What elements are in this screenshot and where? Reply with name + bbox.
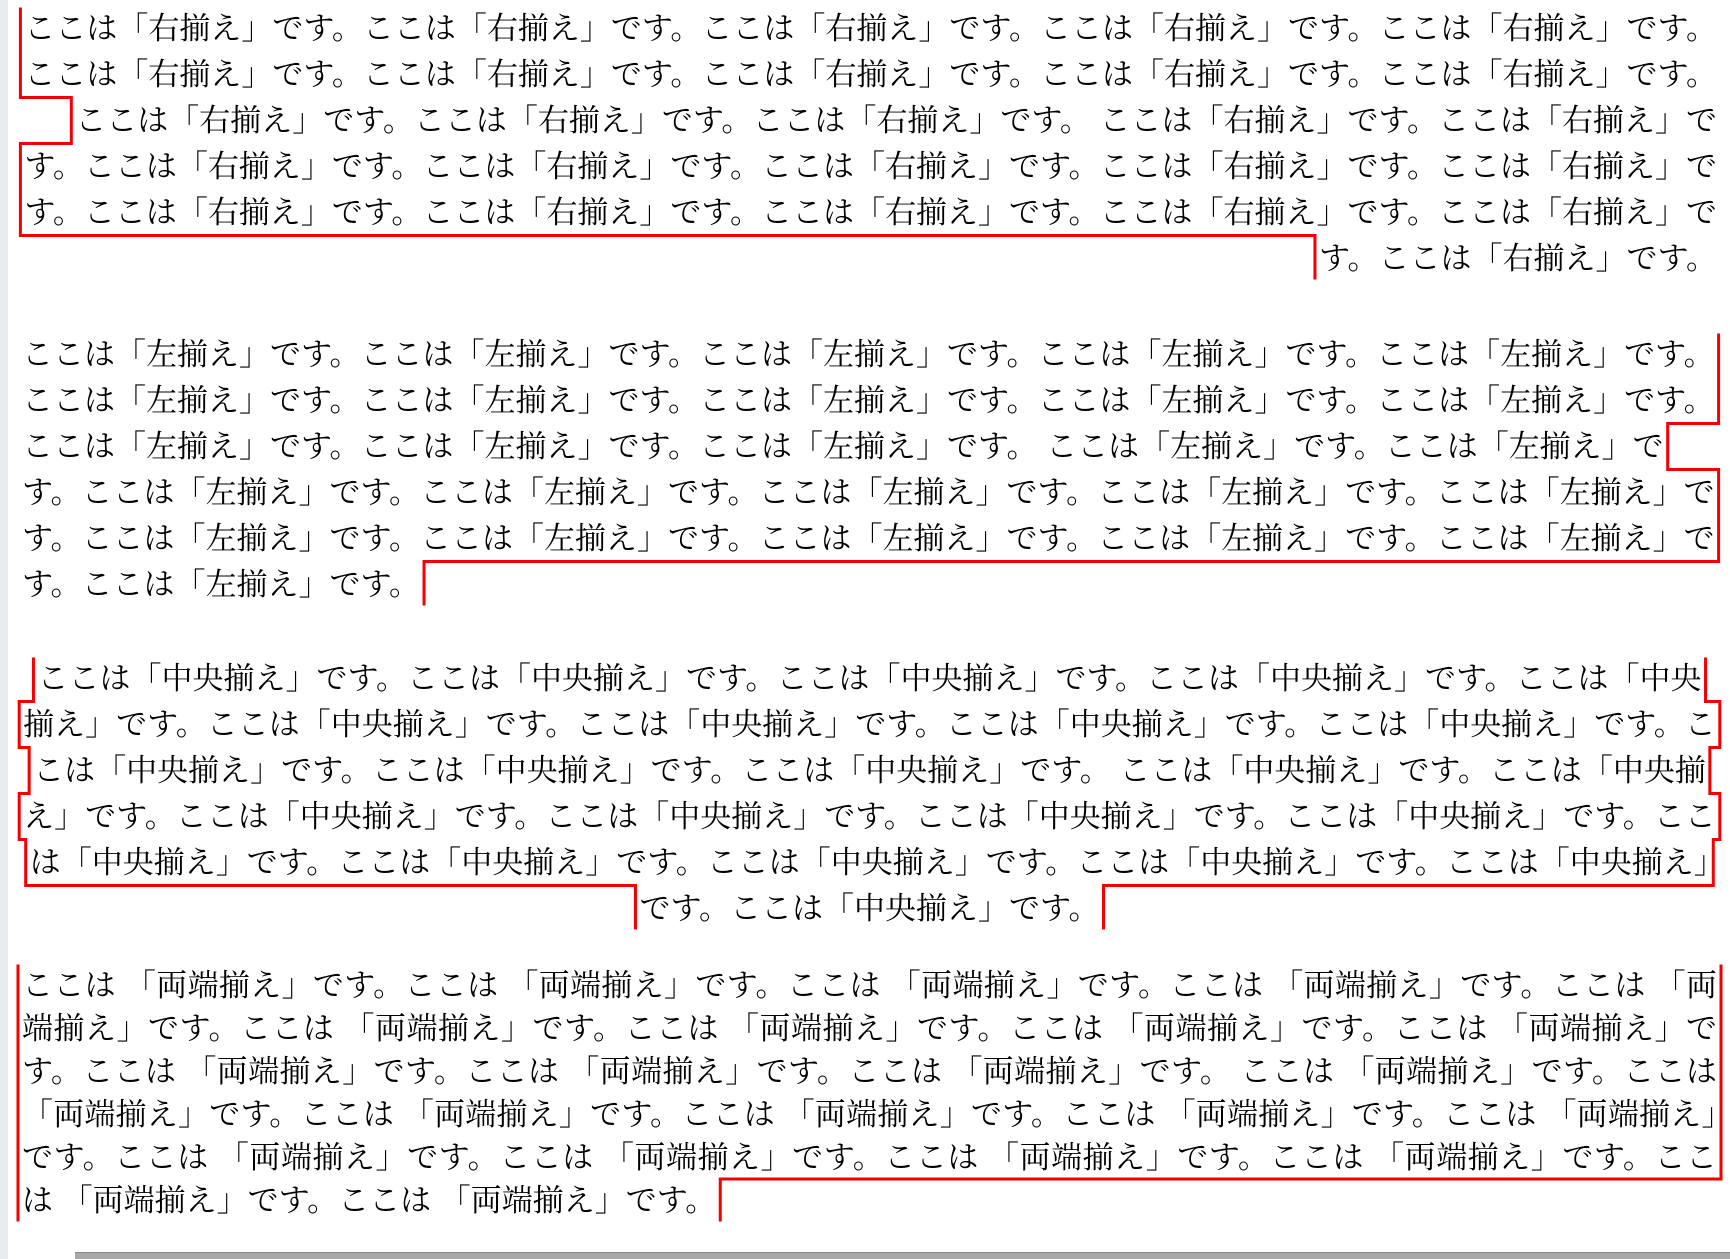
horizontal-scrollbar[interactable] bbox=[75, 1252, 1730, 1259]
paragraph-right-aligned[interactable]: ここは「右揃え」です。ここは「右揃え」です。ここは「右揃え」です。ここは「右揃え… bbox=[22, 6, 1717, 282]
paragraph-left-aligned[interactable]: ここは「左揃え」です。ここは「左揃え」です。ここは「左揃え」です。ここは「左揃え… bbox=[22, 332, 1717, 608]
paragraph-center-aligned[interactable]: ここは「中央揃え」です。ここは「中央揃え」です。ここは「中央揃え」です。ここは「… bbox=[22, 656, 1717, 932]
paragraph-justified[interactable]: ここは 「両端揃え」です。ここは 「両端揃え」です。ここは 「両端揃え」です。こ… bbox=[22, 964, 1717, 1222]
document-content-area: ここは「右揃え」です。ここは「右揃え」です。ここは「右揃え」です。ここは「右揃え… bbox=[0, 0, 1730, 1222]
